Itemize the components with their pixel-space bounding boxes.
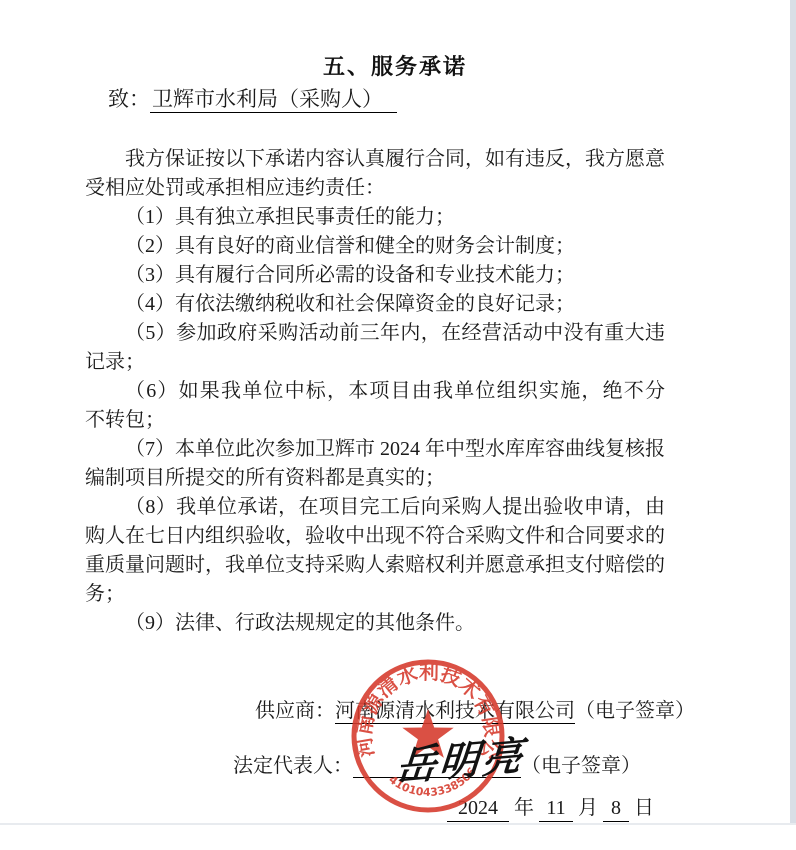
date-month: 11 <box>539 797 573 822</box>
body-line: 我方保证按以下承诺内容认真履行合同，如有违反，我方愿意接 <box>85 145 665 174</box>
date-month-unit: 月 <box>578 797 598 819</box>
supplier-seal-note: （电子签章） <box>575 700 695 722</box>
body-line: 不转包； <box>85 406 665 435</box>
date-line: 2024 年 11 月 8 日 <box>447 791 654 822</box>
supplier-label: 供应商： <box>255 700 335 722</box>
date-year-unit: 年 <box>514 797 534 819</box>
body-line: （1）具有独立承担民事责任的能力； <box>85 203 665 232</box>
date-year: 2024 <box>447 797 509 822</box>
body-line: （2）具有良好的商业信誉和健全的财务会计制度； <box>85 232 665 261</box>
legal-rep-label: 法定代表人： <box>233 755 353 777</box>
legal-rep-line: 法定代表人：（电子签章） <box>233 749 641 778</box>
signature-blank-underline <box>353 757 521 778</box>
body-line: 编制项目所提交的所有资料都是真实的； <box>85 464 665 493</box>
recipient-line: 致：卫辉市水利局（采购人） <box>108 83 397 113</box>
body-line: （4）有依法缴纳税收和社会保障资金的良好记录； <box>85 290 665 319</box>
seal-ring <box>354 662 502 810</box>
body-line: 务； <box>85 580 665 609</box>
page-right-edge <box>790 0 796 823</box>
date-day: 8 <box>603 797 629 822</box>
recipient-underline: 卫辉市水利局（采购人） <box>150 87 397 113</box>
body-line: （5）参加政府采购活动前三年内，在经营活动中没有重大违法 <box>85 319 665 348</box>
body-line: （3）具有履行合同所必需的设备和专业技术能力； <box>85 261 665 290</box>
supplier-line: 供应商：河南源清水利技术有限公司（电子签章） <box>255 694 695 723</box>
body-line: （6）如果我单位中标，本项目由我单位组织实施，绝不分包、 <box>85 377 665 406</box>
body-line: 购人在七日内组织验收，验收中出现不符合采购文件和合同要求的严 <box>85 522 665 551</box>
body-line: 受相应处罚或承担相应违约责任： <box>85 174 665 203</box>
body-line: （7）本单位此次参加卫辉市 2024 年中型水库库容曲线复核报告 <box>85 435 665 464</box>
page-title: 五、服务承诺 <box>0 50 790 81</box>
recipient-label: 致： <box>108 87 150 111</box>
body-line: 重质量问题时，我单位支持采购人索赔权利并愿意承担支付赔偿的义 <box>85 551 665 580</box>
body-line: （8）我单位承诺，在项目完工后向采购人提出验收申请，由采 <box>85 493 665 522</box>
commitment-body: 我方保证按以下承诺内容认真履行合同，如有违反，我方愿意接受相应处罚或承担相应违约… <box>85 145 665 638</box>
document-page-view: 五、服务承诺 致：卫辉市水利局（采购人） 我方保证按以下承诺内容认真履行合同，如… <box>0 0 796 850</box>
legal-seal-note: （电子签章） <box>521 755 641 777</box>
body-line: 记录； <box>85 348 665 377</box>
date-day-unit: 日 <box>634 797 654 819</box>
supplier-name-underline: 河南源清水利技术有限公司 <box>335 700 575 724</box>
body-line: （9）法律、行政法规规定的其他条件。 <box>85 609 665 638</box>
page-bottom-edge <box>0 823 796 825</box>
document-page: 五、服务承诺 致：卫辉市水利局（采购人） 我方保证按以下承诺内容认真履行合同，如… <box>0 0 790 823</box>
